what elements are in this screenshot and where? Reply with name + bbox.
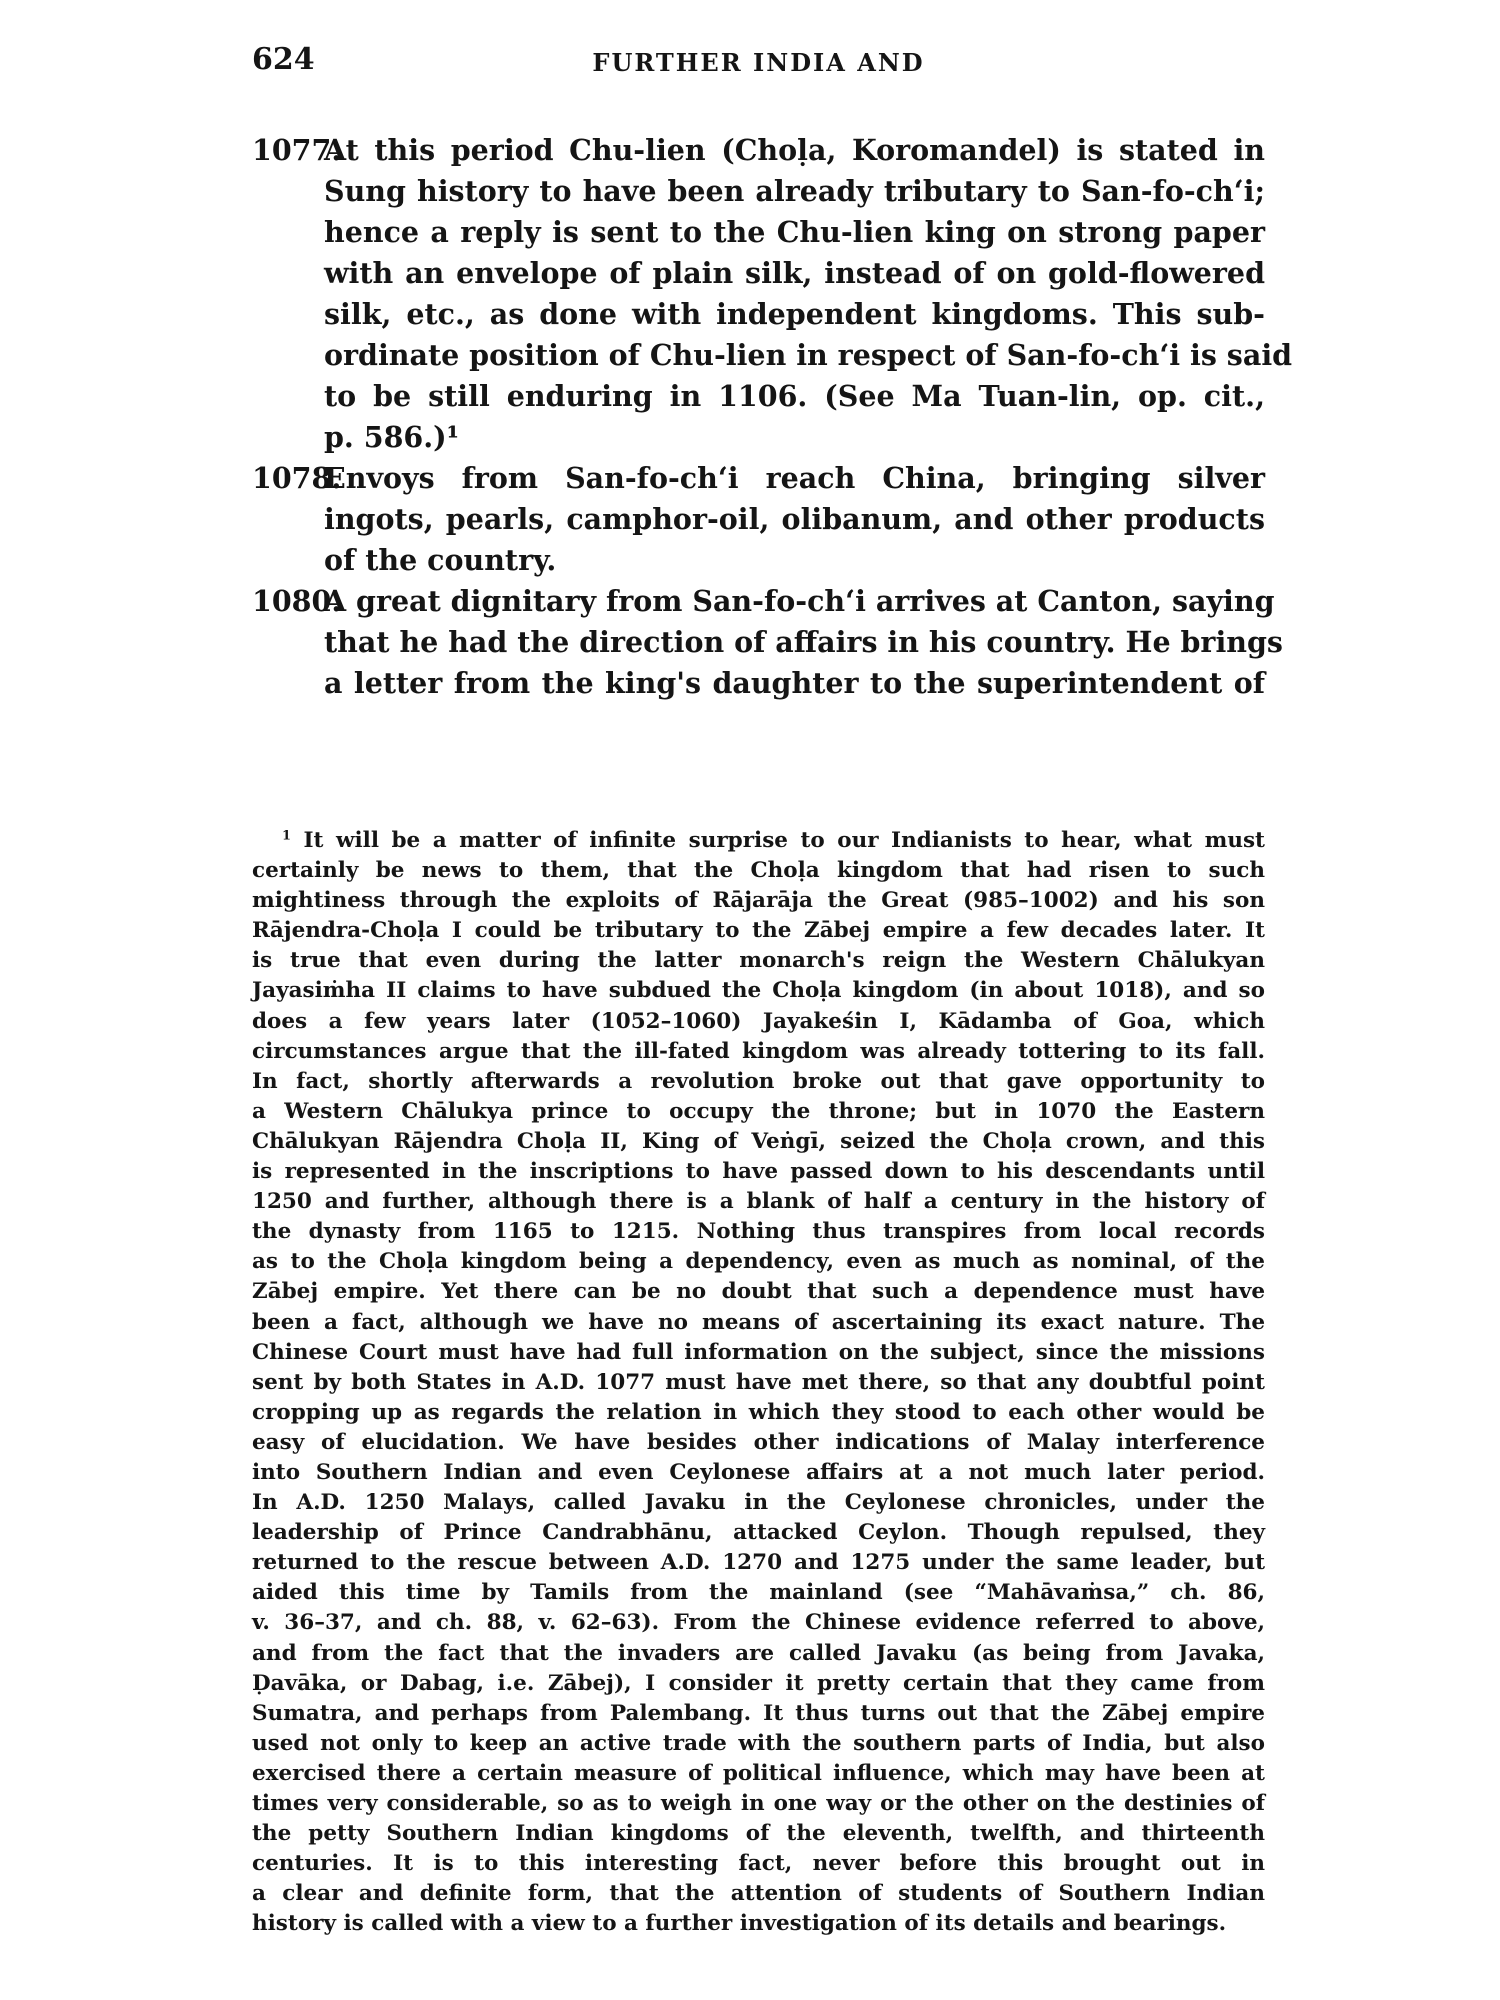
entry-line: silk, etc., as done with independent kin… bbox=[252, 294, 1265, 335]
footnote-line: cropping up as regards the relation in w… bbox=[252, 1398, 1265, 1428]
entry-line: Sung history to have been already tribut… bbox=[252, 171, 1265, 212]
entry-year: 1078. bbox=[252, 458, 324, 499]
footnote-line: 1 It will be a matter of infinite surpri… bbox=[252, 826, 1265, 856]
entry-line: that he had the direction of affairs in … bbox=[252, 622, 1265, 663]
entry-line: ingots, pearls, camphor-oil, olibanum, a… bbox=[252, 499, 1265, 540]
footnote-line: used not only to keep an active trade wi… bbox=[252, 1729, 1265, 1759]
entry-line: of the country. bbox=[252, 540, 1265, 581]
footnote-line: In fact, shortly afterwards a revolution… bbox=[252, 1067, 1265, 1097]
footnote-line: aided this time by Tamils from the mainl… bbox=[252, 1578, 1265, 1608]
footnote: 1 It will be a matter of infinite surpri… bbox=[252, 826, 1265, 1939]
footnote-line: v. 36–37, and ch. 88, v. 62–63). From th… bbox=[252, 1608, 1265, 1638]
footnote-line: is represented in the inscriptions to ha… bbox=[252, 1157, 1265, 1187]
entry-line: 1077.At this period Chu-lien (Choḷa, Kor… bbox=[252, 130, 1265, 171]
entry-line: a letter from the king's daughter to the… bbox=[252, 663, 1265, 704]
footnote-line: certainly be news to them, that the Choḷ… bbox=[252, 856, 1265, 886]
footnote-line: the dynasty from 1165 to 1215. Nothing t… bbox=[252, 1217, 1265, 1247]
footnote-line: does a few years later (1052–1060) Jayak… bbox=[252, 1007, 1265, 1037]
footnote-line: the petty Southern Indian kingdoms of th… bbox=[252, 1819, 1265, 1849]
footnote-line: Chinese Court must have had full informa… bbox=[252, 1338, 1265, 1368]
footnote-line: Ḍavāka, or Dabag, i.e. Zābej), I conside… bbox=[252, 1669, 1265, 1699]
entry-1077: 1077.At this period Chu-lien (Choḷa, Kor… bbox=[252, 130, 1265, 458]
footnote-line: returned to the rescue between A.D. 1270… bbox=[252, 1548, 1265, 1578]
entry-year: 1080. bbox=[252, 581, 324, 622]
entry-year: 1077. bbox=[252, 130, 324, 171]
footnote-line: exercised there a certain measure of pol… bbox=[252, 1759, 1265, 1789]
footnote-line: easy of elucidation. We have besides oth… bbox=[252, 1428, 1265, 1458]
footnote-line: as to the Choḷa kingdom being a dependen… bbox=[252, 1247, 1265, 1277]
entry-line: hence a reply is sent to the Chu-lien ki… bbox=[252, 212, 1265, 253]
footnote-line: 1250 and further, although there is a bl… bbox=[252, 1187, 1265, 1217]
entry-line: ordinate position of Chu-lien in respect… bbox=[252, 335, 1265, 376]
footnote-line: Zābej empire. Yet there can be no doubt … bbox=[252, 1277, 1265, 1307]
footnote-line: centuries. It is to this interesting fac… bbox=[252, 1849, 1265, 1879]
entry-line: p. 586.)¹ bbox=[252, 417, 1265, 458]
footnote-line: a clear and definite form, that the atte… bbox=[252, 1879, 1265, 1909]
footnote-line: Rājendra-Choḷa I could be tributary to t… bbox=[252, 916, 1265, 946]
footnote-line: leadership of Prince Candrabhānu, attack… bbox=[252, 1518, 1265, 1548]
footnote-line: Jayasiṁha II claims to have subdued the … bbox=[252, 976, 1265, 1006]
footnote-line: circumstances argue that the ill-fated k… bbox=[252, 1037, 1265, 1067]
book-page: 624 FURTHER INDIA AND 1077.At this perio… bbox=[0, 0, 1500, 2000]
entry-1080: 1080.A great dignitary from San-fo-ch‘i … bbox=[252, 581, 1265, 704]
footnote-line: Sumatra, and perhaps from Palembang. It … bbox=[252, 1699, 1265, 1729]
chronology-entries: 1077.At this period Chu-lien (Choḷa, Kor… bbox=[252, 130, 1265, 704]
footnote-marker: 1 bbox=[282, 828, 291, 843]
entry-1078: 1078.Envoys from San-fo-ch‘i reach China… bbox=[252, 458, 1265, 581]
footnote-line: sent by both States in A.D. 1077 must ha… bbox=[252, 1368, 1265, 1398]
entry-line: 1078.Envoys from San-fo-ch‘i reach China… bbox=[252, 458, 1265, 499]
running-title: FURTHER INDIA AND bbox=[252, 48, 1265, 77]
footnote-line: In A.D. 1250 Malays, called Javaku in th… bbox=[252, 1488, 1265, 1518]
footnote-line: history is called with a view to a furth… bbox=[252, 1909, 1265, 1939]
footnote-line: been a fact, although we have no means o… bbox=[252, 1308, 1265, 1338]
footnote-line: mightiness through the exploits of Rājar… bbox=[252, 886, 1265, 916]
entry-line: with an envelope of plain silk, instead … bbox=[252, 253, 1265, 294]
footnote-line: Chālukyan Rājendra Choḷa II, King of Veṅ… bbox=[252, 1127, 1265, 1157]
footnote-line: times very considerable, so as to weigh … bbox=[252, 1789, 1265, 1819]
footnote-line: and from the fact that the invaders are … bbox=[252, 1639, 1265, 1669]
entry-line: 1080.A great dignitary from San-fo-ch‘i … bbox=[252, 581, 1265, 622]
footnote-line: a Western Chālukya prince to occupy the … bbox=[252, 1097, 1265, 1127]
footnote-line: is true that even during the latter mona… bbox=[252, 946, 1265, 976]
entry-line: to be still enduring in 1106. (See Ma Tu… bbox=[252, 376, 1265, 417]
footnote-line: into Southern Indian and even Ceylonese … bbox=[252, 1458, 1265, 1488]
page-header: 624 FURTHER INDIA AND bbox=[252, 42, 1265, 86]
